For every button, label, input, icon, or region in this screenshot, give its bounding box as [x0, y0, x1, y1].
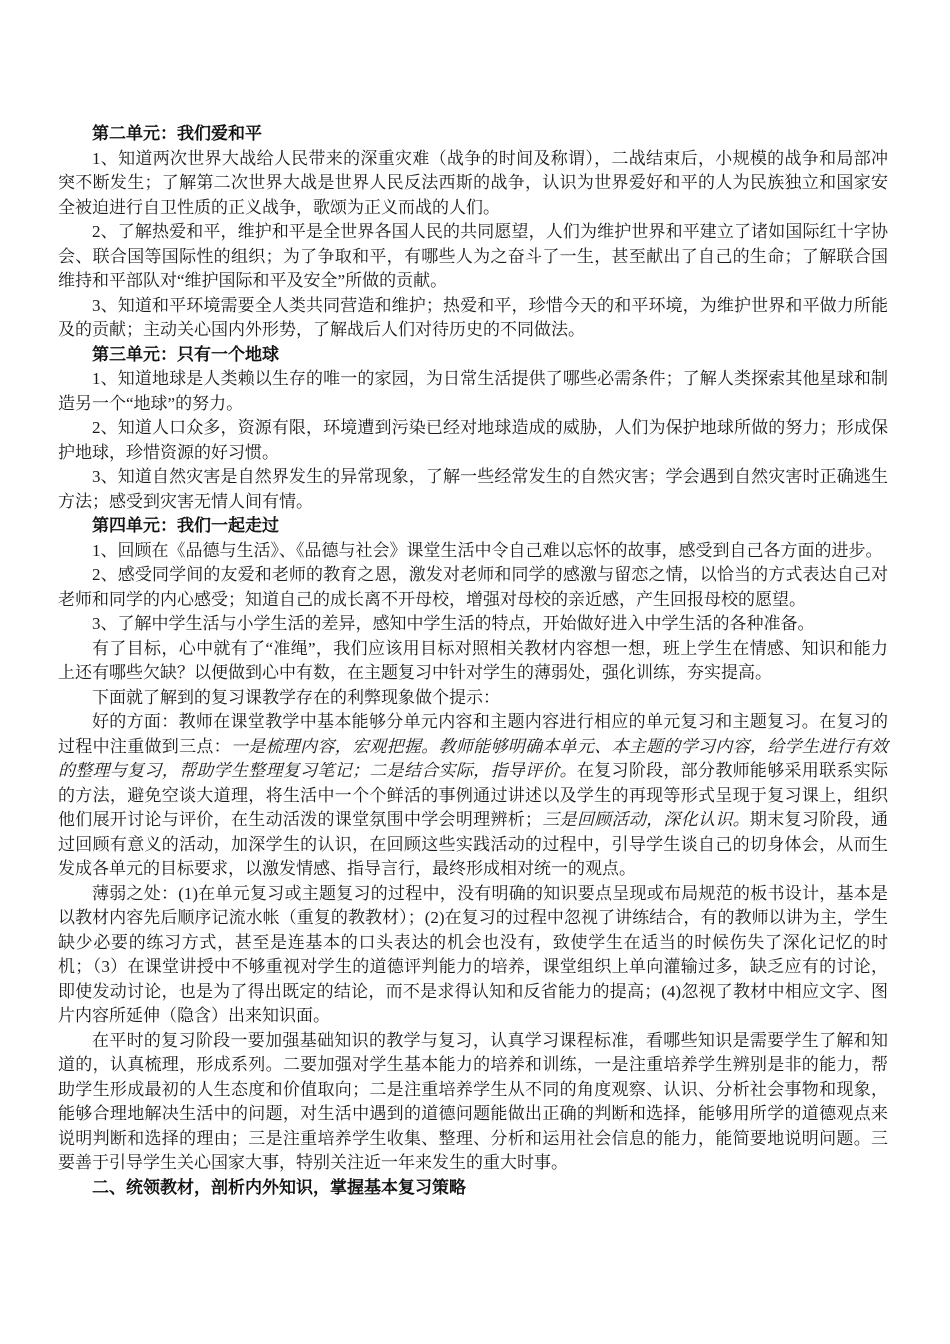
strengths-paragraph: 好的方面：教师在课堂教学中基本能够分单元内容和主题内容进行相应的单元复习和主题复… [58, 710, 888, 882]
goals-paragraph: 有了目标，心中就有了“准绳”，我们应该用目标对照相关教材内容想一想，班上学生在情… [58, 637, 888, 686]
unit4-item1-paragraph: 1、回顾在《品德与生活》、《品德与社会》课堂生活中令自己难以忘怀的故事，感受到自… [58, 539, 888, 564]
hint-intro-paragraph: 下面就了解到的复习课教学存在的利弊现象做个提示： [58, 686, 888, 711]
document-content: 第二单元：我们爱和平 1、知道两次世界大战给人民带来的深重灾难（战争的时间及称谓… [58, 122, 888, 1200]
unit2-item3-paragraph: 3、知道和平环境需要全人类共同营造和维护；热爱和平，珍惜今天的和平环境，为维护世… [58, 294, 888, 343]
unit3-item2-paragraph: 2、知道人口众多，资源有限，环境遭到污染已经对地球造成的威胁，人们为保护地球所做… [58, 416, 888, 465]
unit4-heading: 第四单元：我们一起走过 [58, 514, 888, 539]
review-advice-paragraph: 在平时的复习阶段一要加强基础知识的教学与复习，认真学习课程标准，看哪些知识是需要… [58, 1029, 888, 1176]
unit3-item3-paragraph: 3、知道自然灾害是自然界发生的异常现象，了解一些经常发生的自然灾害；学会遇到自然… [58, 465, 888, 514]
section2-heading: 二、统领教材，剖析内外知识，掌握基本复习策略 [58, 1176, 888, 1201]
unit4-item2-paragraph: 2、感受同学间的友爱和老师的教育之恩，激发对老师和同学的感激与留恋之情，以恰当的… [58, 563, 888, 612]
weaknesses-paragraph: 薄弱之处：(1)在单元复习或主题复习的过程中，没有明确的知识要点呈现或布局规范的… [58, 882, 888, 1029]
strengths-point3-kaiti-text: 三是回顾活动，深化认识。 [542, 810, 750, 829]
unit3-heading: 第三单元：只有一个地球 [58, 343, 888, 368]
unit2-heading: 第二单元：我们爱和平 [58, 122, 888, 147]
unit2-item1-paragraph: 1、知道两次世界大战给人民带来的深重灾难（战争的时间及称谓），二战结束后，小规模… [58, 147, 888, 221]
unit3-item1-paragraph: 1、知道地球是人类赖以生存的唯一的家园，为日常生活提供了哪些必需条件；了解人类探… [58, 367, 888, 416]
unit2-item2-paragraph: 2、了解热爱和平，维护和平是全世界各国人民的共同愿望，人们为维护世界和平建立了诸… [58, 220, 888, 294]
unit4-item3-paragraph: 3、了解中学生活与小学生活的差异，感知中学生活的特点，开始做好进入中学生活的各种… [58, 612, 888, 637]
document-page: 第二单元：我们爱和平 1、知道两次世界大战给人民带来的深重灾难（战争的时间及称谓… [0, 0, 950, 1344]
